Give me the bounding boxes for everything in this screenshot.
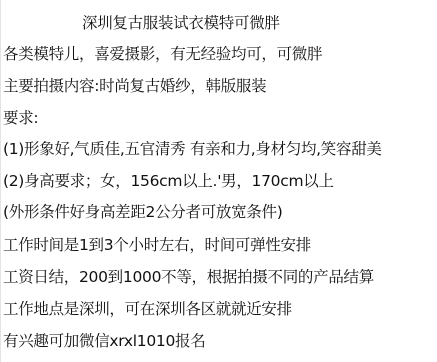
- requirement-appearance: (1)形象好,气质佳,五官清秀 有亲和力,身材匀均,笑容甜美: [3, 140, 382, 158]
- pay-line: 工资日结，200到1000不等，根据拍摄不同的产品结算: [3, 268, 374, 286]
- shoot-content-line: 主要拍摄内容:时尚复古婚纱，韩版服装: [3, 77, 266, 95]
- contact-line: 有兴趣可加微信xrxl1010报名: [3, 332, 205, 350]
- document-title: 深圳复古服装试衣模特可微胖: [82, 14, 280, 32]
- intro-line: 各类模特儿，喜爱摄影，有无经验均可，可微胖: [3, 45, 322, 63]
- requirements-heading: 要求:: [3, 109, 38, 127]
- work-hours-line: 工作时间是1到3个小时左右，时间可弹性安排: [3, 236, 311, 254]
- requirement-relaxation-note: (外形条件好身高差距2公分者可放宽条件): [3, 203, 282, 221]
- work-location-line: 工作地点是深圳，可在深圳各区就就近安排: [3, 300, 292, 318]
- requirement-height: (2)身高要求；女，156cm以上.'男，170cm以上: [3, 172, 334, 190]
- left-border: [0, 0, 1, 362]
